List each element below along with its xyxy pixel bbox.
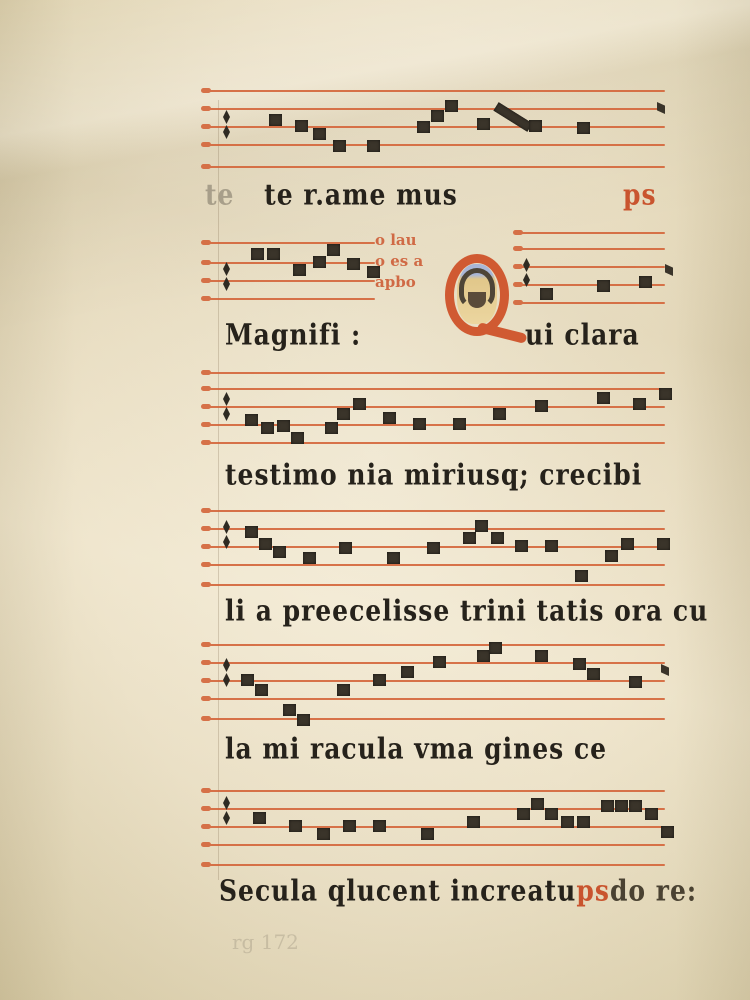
lyric-line-5: la mi racula vma gines ce <box>205 732 665 765</box>
music-system-2: o lau o es a apbo Magnifi : ui clara <box>205 228 665 298</box>
lyric-line-1: te te r.ame mus ps <box>205 178 665 211</box>
staff <box>205 786 665 856</box>
staff <box>205 228 665 298</box>
clef-icon <box>223 796 231 826</box>
staff <box>205 642 665 712</box>
music-system-6: Secula qlucent increatupsdo re: <box>205 786 665 856</box>
clef-icon <box>223 262 231 292</box>
music-system-3: testimo nia miriusq; crecibi <box>205 370 665 440</box>
clef-icon <box>223 392 231 422</box>
clef-icon <box>223 110 231 140</box>
staff <box>205 88 665 158</box>
lyric-line-6: Secula qlucent increatupsdo re: <box>205 874 665 907</box>
lyric-line-3: testimo nia miriusq; crecibi <box>205 458 665 491</box>
lyric-line-4: li a preecelisse trini tatis ora cu <box>205 594 665 627</box>
psalm-rubric: ps <box>576 874 610 907</box>
clef-icon <box>223 520 231 550</box>
music-system-1: te te r.ame mus ps <box>205 88 665 158</box>
lyric-after-initial: ui clara <box>525 318 640 351</box>
staff <box>205 370 665 440</box>
lyric-line-2: Magnifi : ui clara <box>205 318 665 351</box>
marginal-rubric: o lau o es a apbo <box>375 230 423 293</box>
psalm-rubric: ps <box>623 178 657 211</box>
music-system-5: la mi racula vma gines ce <box>205 642 665 712</box>
staff <box>205 506 665 576</box>
faded-stamp: rg 172 <box>232 930 299 954</box>
music-system-4: li a preecelisse trini tatis ora cu <box>205 506 665 576</box>
clef-icon <box>523 258 531 288</box>
clef-icon <box>223 658 231 688</box>
historiated-initial-q <box>443 250 523 350</box>
